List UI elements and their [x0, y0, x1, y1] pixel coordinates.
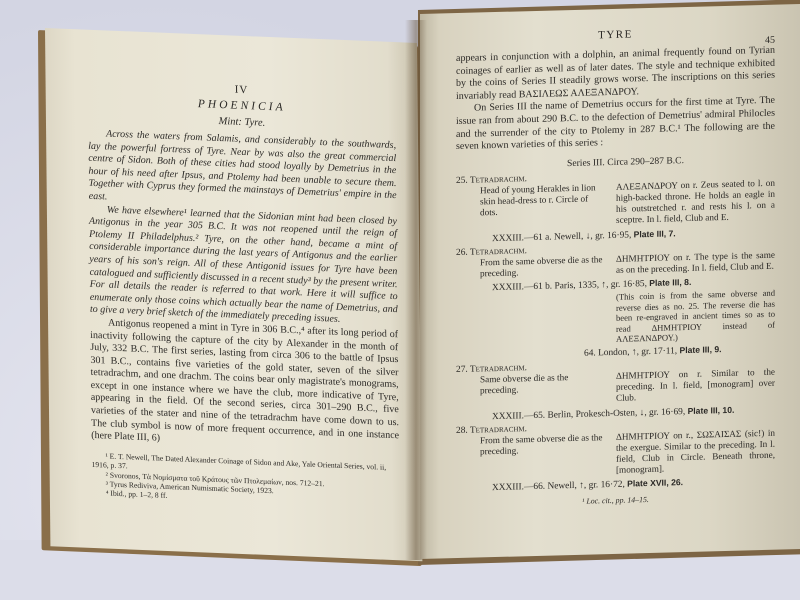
left-body-text: Across the waters from Salamis, and cons… — [88, 128, 399, 455]
catalog-entry: 27. Tetradrachm. Same obverse die as the… — [456, 357, 775, 423]
obverse-description: From the same obverse die as the precedi… — [480, 254, 608, 280]
paragraph: On Series III the name of Demetrius occu… — [456, 95, 775, 154]
entry-description: Head of young Herakles in lion skin head… — [480, 177, 775, 230]
plate-reference: Plate XVII, 26. — [627, 477, 683, 488]
right-footnote: ¹ Loc. cit., pp. 14–15. — [456, 492, 775, 509]
obverse-description: From the same obverse die as the precedi… — [480, 432, 608, 480]
paragraph: Across the waters from Salamis, and cons… — [88, 128, 397, 216]
plate-reference: Plate III, 7. — [634, 228, 676, 239]
entry-description: Same obverse die as the preceding. ΔΗΜΗΤ… — [480, 367, 775, 408]
catalog-entry: 28. Tetradrachm. From the same obverse d… — [456, 417, 775, 494]
paragraph: We have elsewhere¹ learned that the Sido… — [89, 203, 398, 329]
page-number: 45 — [765, 35, 775, 46]
left-footnotes: ¹ E. T. Newell, The Dated Alexander Coin… — [91, 451, 399, 510]
right-body-text: appears in conjunction with a dolphin, a… — [456, 45, 775, 154]
entry-description: From the same obverse die as the precedi… — [480, 427, 775, 480]
book-gutter — [405, 20, 427, 560]
catalog-entry: 25. Tetradrachm. Head of young Herakles … — [456, 167, 775, 244]
reverse-description: ΔΗΜΗΤΡΙΟΥ on r., ΣΩΣΑΙΣΑΣ (sic!) in the … — [608, 427, 775, 476]
right-page: TYRE 45 appears in conjunction with a do… — [420, 4, 800, 559]
plate-reference: Plate III, 10. — [688, 404, 735, 415]
catalog-entry: 26. Tetradrachm. From the same obverse d… — [456, 239, 775, 362]
entry-note: (This coin is from the same obverse and … — [616, 288, 775, 345]
left-page: IV PHOENICIA Mint: Tyre. Across the wate… — [45, 28, 422, 561]
running-head: TYRE 45 — [456, 25, 775, 45]
obverse-description: Head of young Herakles in lion skin head… — [480, 182, 608, 230]
reverse-description: ΑΛΕΞΑΝΔΡΟΥ on r. Zeus seated to l. on hi… — [608, 177, 775, 226]
obverse-description: Same obverse die as the preceding. — [480, 371, 608, 408]
paragraph: Antigonus reopened a mint in Tyre in 306… — [90, 317, 399, 455]
plate-reference: Plate III, 8. — [649, 277, 691, 288]
reverse-description: ΔΗΜΗΤΡΙΟΥ on r. Similar to the preceding… — [608, 367, 775, 405]
plate-reference: Plate III, 9. — [679, 344, 721, 355]
reverse-description: ΔΗΜΗΤΡΙΟΥ on r. The type is the same as … — [608, 249, 775, 276]
specimen-reference: 64. London, ↑, gr. 17·11, Plate III, 9. — [584, 343, 775, 359]
paragraph: appears in conjunction with a dolphin, a… — [456, 45, 775, 104]
running-head-title: TYRE — [598, 28, 633, 41]
